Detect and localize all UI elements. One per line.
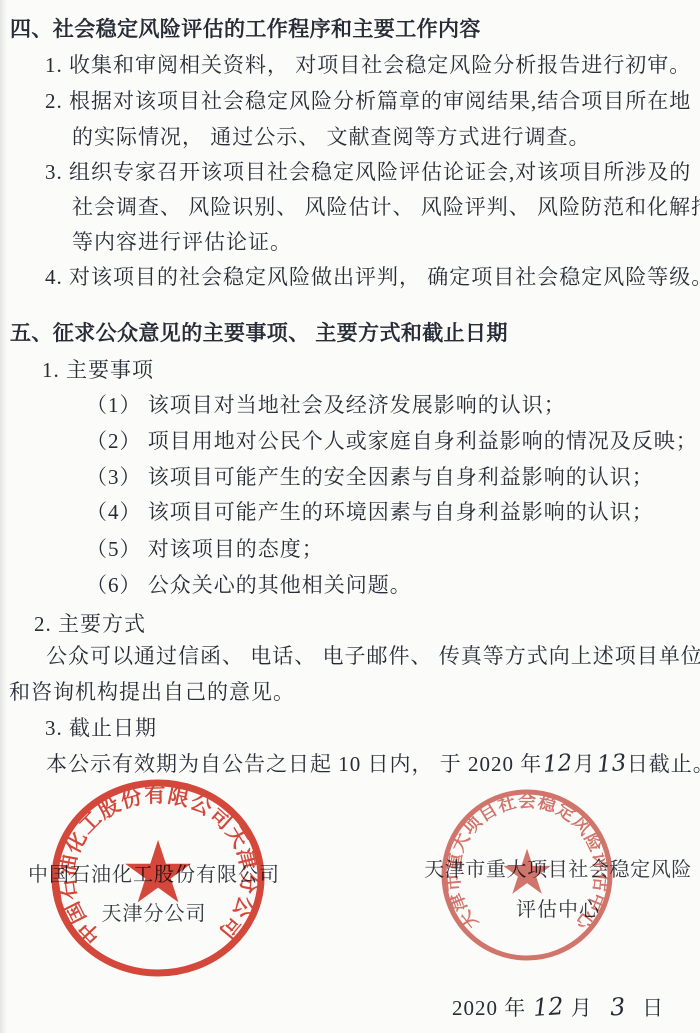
section5-item1: 1. 主要事项 bbox=[42, 357, 154, 383]
section4-item4: 4. 对该项目的社会稳定风险做出评判， 确定项目社会稳定风险等级。 bbox=[45, 264, 700, 290]
section4-item1: 1. 收集和审阅相关资料， 对项目社会稳定风险分析报告进行初审。 bbox=[45, 52, 691, 78]
document-page: 四、社会稳定风险评估的工作程序和主要工作内容 1. 收集和审阅相关资料， 对项目… bbox=[0, 0, 700, 1033]
section5-sub2: （2） 项目用地对公民个人或家庭自身利益影响的情况及反映； bbox=[86, 428, 698, 454]
deadline-line: 本公示有效期为自公告之日起 10 日内， 于 2020 年12月13日截止。 bbox=[46, 751, 700, 777]
section4-item2-line2: 的实际情况， 通过公示、 文献查阅等方式进行调查。 bbox=[72, 124, 591, 150]
deadline-month-label: 月 bbox=[574, 752, 596, 776]
section5-para-line1: 公众可以通过信函、 电话、 电子邮件、 传真等方式向上述项目单位 bbox=[46, 643, 700, 669]
deadline-prefix: 本公示有效期为自公告之日起 10 日内， 于 2020 年 bbox=[46, 752, 542, 776]
section4-item3-line2: 社会调查、 风险识别、 风险估计、 风险评判、 风险防范和化解措施 bbox=[72, 194, 700, 220]
date-year: 2020 年 bbox=[452, 996, 526, 1020]
section4-item3-line1: 3. 组织专家召开该项目社会稳定风险评估论证会,对该项目所涉及的 bbox=[45, 159, 691, 185]
date-month-label: 月 bbox=[571, 996, 593, 1020]
left-signature-line1: 中国石油化工股份有限公司 bbox=[28, 858, 280, 887]
date-day-handwritten: 3 bbox=[608, 992, 627, 1021]
right-signature-line1: 天津市重大项目社会稳定风险 bbox=[423, 853, 693, 882]
section5-para-line2: 和咨询机构提出自己的意见。 bbox=[9, 679, 295, 705]
deadline-suffix: 日截止。 bbox=[627, 752, 700, 776]
section5-sub1: （1） 该项目对当地社会及经济发展影响的认识； bbox=[86, 392, 566, 418]
date-month-handwritten: 12 bbox=[531, 992, 565, 1022]
section4-item3-line3: 等内容进行评估论证。 bbox=[72, 229, 292, 255]
section5-heading: 五、征求公众意见的主要事项、 主要方式和截止日期 bbox=[10, 320, 508, 346]
section5-item2: 2. 主要方式 bbox=[34, 611, 146, 637]
section4-item2-line1: 2. 根据对该项目社会稳定风险分析篇章的审阅结果,结合项目所在地 bbox=[45, 88, 691, 114]
deadline-month-handwritten: 12 bbox=[541, 750, 574, 778]
section5-sub4: （4） 该项目可能产生的环境因素与自身利益影响的认识； bbox=[86, 499, 654, 525]
date-day-label: 日 bbox=[642, 996, 664, 1020]
section5-sub5: （5） 对该项目的态度； bbox=[86, 536, 324, 562]
section5-item3: 3. 截止日期 bbox=[45, 715, 157, 741]
right-signature-line2: 评估中心 bbox=[423, 893, 693, 922]
left-signature-line2: 天津分公司 bbox=[28, 897, 280, 926]
document-date: 2020 年12月3日 bbox=[452, 992, 664, 1022]
deadline-day-handwritten: 13 bbox=[595, 750, 628, 778]
section5-sub6: （6） 公众关心的其他相关问题。 bbox=[86, 572, 412, 598]
section4-heading: 四、社会稳定风险评估的工作程序和主要工作内容 bbox=[10, 16, 481, 42]
section5-sub3: （3） 该项目可能产生的安全因素与自身利益影响的认识； bbox=[86, 464, 654, 490]
